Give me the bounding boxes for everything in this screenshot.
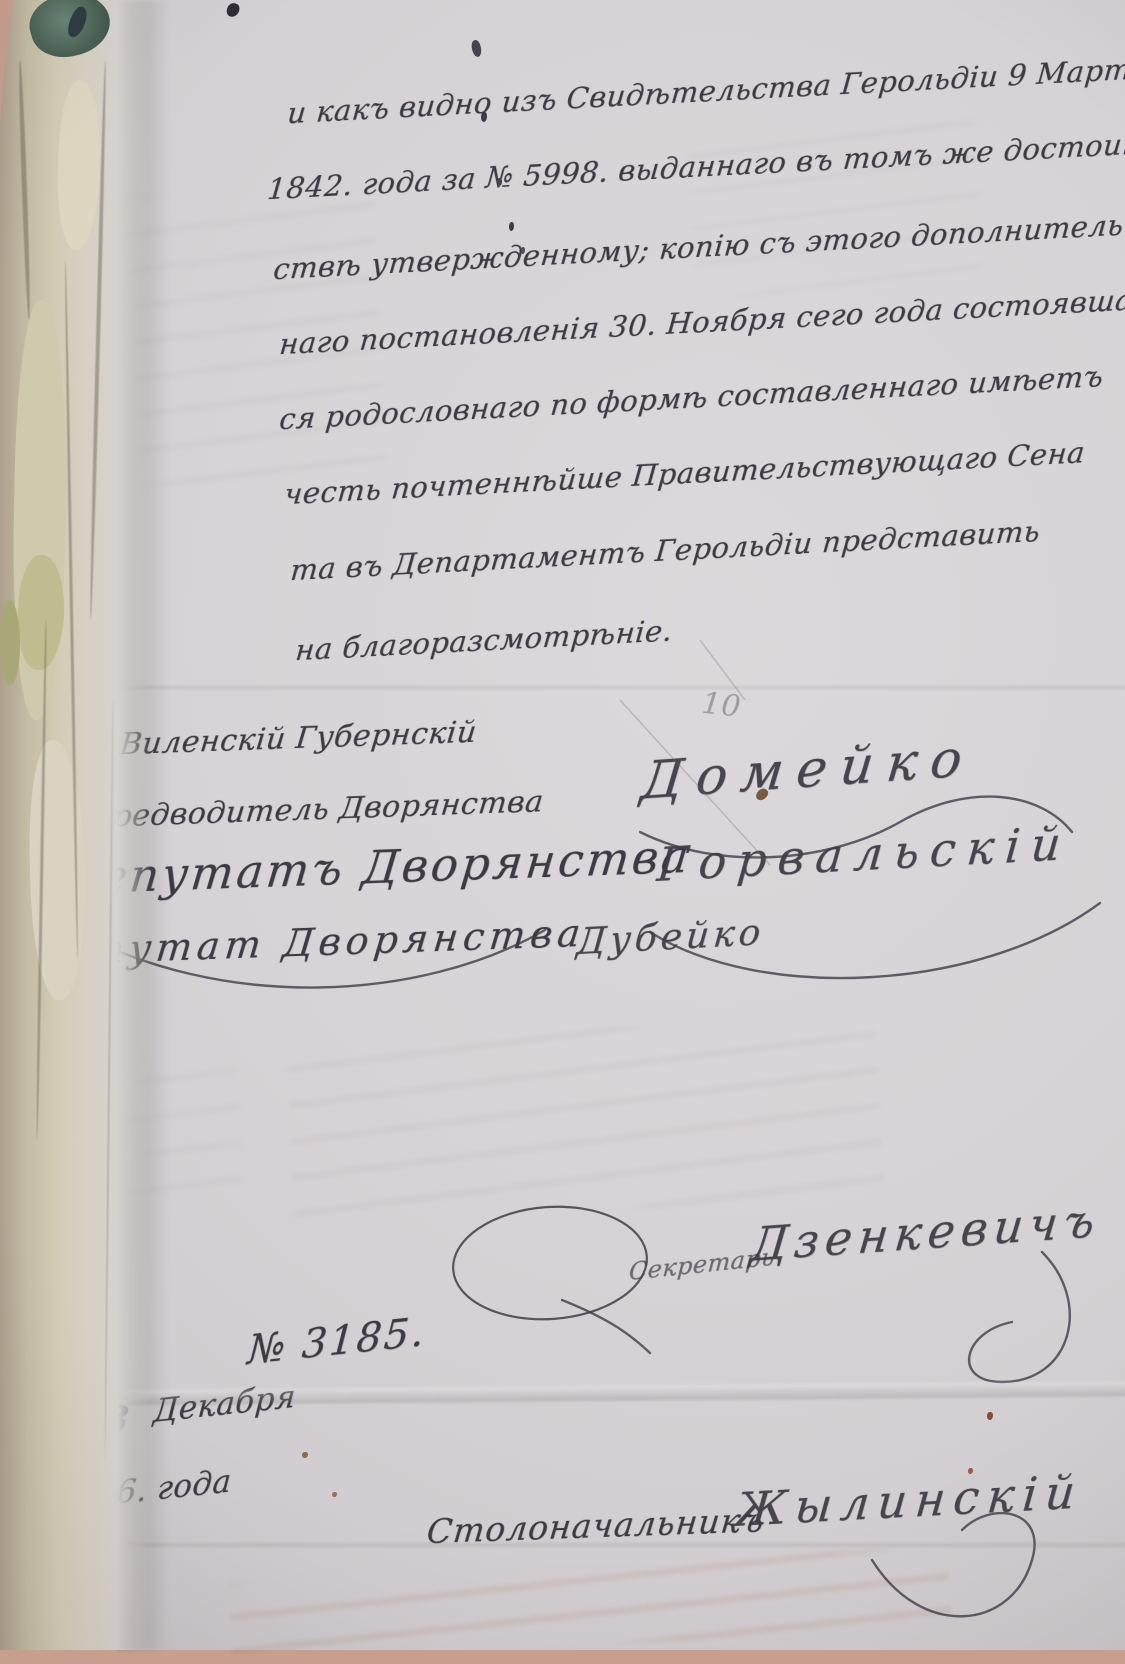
paper-shard — [0, 600, 20, 685]
paper-shard — [55, 79, 103, 250]
fold-crease-horizontal — [40, 1543, 1125, 1547]
paper-shard — [28, 740, 88, 1001]
fold-crease-horizontal — [100, 686, 1125, 689]
paper-crevice — [104, 700, 114, 1460]
photo-frame: и какъ видно изъ Свидѣтельства Герольдіи… — [0, 0, 1125, 1650]
pencil-note: 10 — [700, 686, 743, 725]
paper-crevice — [17, 60, 31, 320]
torn-paper-edge — [0, 0, 150, 1650]
bleed-through-patch — [286, 1015, 885, 1226]
